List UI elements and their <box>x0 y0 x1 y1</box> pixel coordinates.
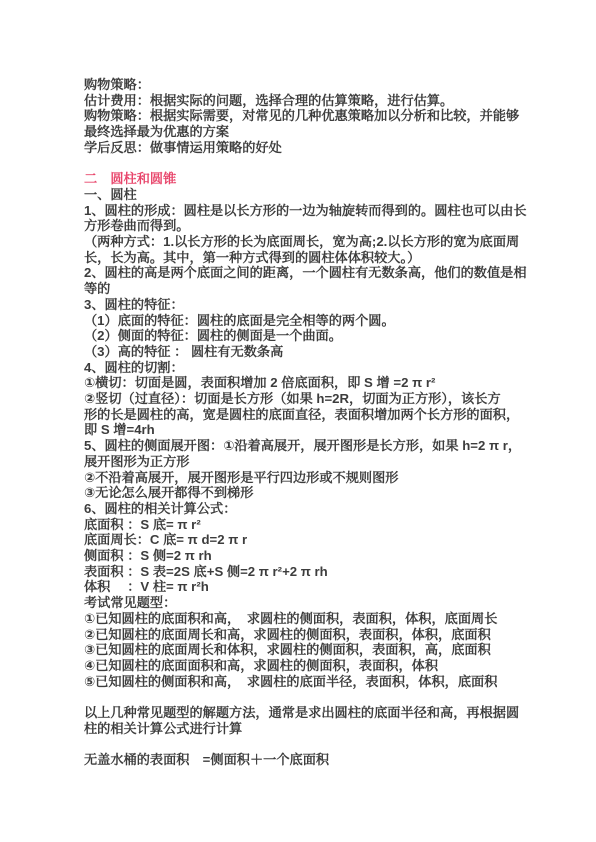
text-line: ①已知圆柱的底面积和高， 求圆柱的侧面积，表面积，体积，底面周长 <box>84 611 554 627</box>
text-line: 一、圆柱 <box>84 187 554 203</box>
text-line: 底面周长：C 底= π d=2 π r <box>84 532 554 548</box>
section-heading: 二 圆柱和圆锥 <box>84 171 554 187</box>
text-line: 1、圆柱的形成：圆柱是以长方形的一边为轴旋转而得到的。圆柱也可以由长 <box>84 203 554 219</box>
text-line: 3、圆柱的特征： <box>84 297 554 313</box>
text-line: ②已知圆柱的底面周长和高，求圆柱的侧面积，表面积，体积，底面积 <box>84 627 554 643</box>
text-line: 4、圆柱的切割： <box>84 360 554 376</box>
text-line: ③无论怎么展开都得不到梯形 <box>84 485 554 501</box>
text-line: 表面积 ：S 表=2S 底+S 侧=2 π r²+2 π rh <box>84 564 554 580</box>
text-line: 学后反思：做事情运用策略的好处 <box>84 140 554 156</box>
text-line: 考试常见题型： <box>84 595 554 611</box>
text-line: 2、圆柱的高是两个底面之间的距离，一个圆柱有无数条高，他们的数值是相 <box>84 265 554 281</box>
text-line: 即 S 增=4rh <box>84 422 554 438</box>
text-line: ⑤已知圆柱的侧面积和高， 求圆柱的底面半径，表面积，体积，底面积 <box>84 674 554 690</box>
text-line <box>84 689 554 705</box>
text-line: （2）侧面的特征：圆柱的侧面是一个曲面。 <box>84 328 554 344</box>
text-line <box>84 156 554 172</box>
text-line: ②不沿着高展开，展开图形是平行四边形或不规则图形 <box>84 470 554 486</box>
text-line: ③已知圆柱的底面周长和体积，求圆柱的侧面积，表面积，高，底面积 <box>84 642 554 658</box>
text-line: （两种方式：1.以长方形的长为底面周长，宽为高;2.以长方形的宽为底面周 <box>84 234 554 250</box>
text-line: 等的 <box>84 281 554 297</box>
text-line: 无盖水桶的表面积 =侧面积＋一个底面积 <box>84 752 554 768</box>
text-line: 体积 ：V 柱= π r²h <box>84 579 554 595</box>
text-line: 购物策略：根据实际需要，对常见的几种优惠策略加以分析和比较，并能够 <box>84 108 554 124</box>
text-line: （1）底面的特征：圆柱的底面是完全相等的两个圆。 <box>84 313 554 329</box>
text-line: 方形卷曲而得到。 <box>84 218 554 234</box>
text-line: 形的长是圆柱的高，宽是圆柱的底面直径，表面积增加两个长方形的面积， <box>84 407 554 423</box>
text-line: ①横切：切面是圆，表面积增加 2 倍底面积，即 S 增 =2 π r² <box>84 375 554 391</box>
text-line: 购物策略： <box>84 77 554 93</box>
text-line: 底面积 ：S 底= π r² <box>84 517 554 533</box>
document-body: 购物策略：估计费用：根据实际的问题，选择合理的估算策略，进行估算。购物策略：根据… <box>84 77 554 768</box>
text-line: （3）高的特征 ： 圆柱有无数条高 <box>84 344 554 360</box>
text-line <box>84 737 554 753</box>
text-line: 侧面积 ：S 侧=2 π rh <box>84 548 554 564</box>
text-line: 展开图形为正方形 <box>84 454 554 470</box>
text-line: 长，长为高。其中，第一种方式得到的圆柱体体积较大。） <box>84 250 554 266</box>
text-line: 以上几种常见题型的解题方法，通常是求出圆柱的底面半径和高，再根据圆 <box>84 705 554 721</box>
document-page: 购物策略：估计费用：根据实际的问题，选择合理的估算策略，进行估算。购物策略：根据… <box>0 0 596 842</box>
text-line: 6、圆柱的相关计算公式： <box>84 501 554 517</box>
text-line: ②竖切（过直径）：切面是长方形（如果 h=2R，切面为正方形），该长方 <box>84 391 554 407</box>
text-line: 5、圆柱的侧面展开图：①沿着高展开，展开图形是长方形，如果 h=2 π r， <box>84 438 554 454</box>
text-line: 估计费用：根据实际的问题，选择合理的估算策略，进行估算。 <box>84 93 554 109</box>
text-line: ④已知圆柱的底面面积和高，求圆柱的侧面积，表面积，体积 <box>84 658 554 674</box>
text-line: 最终选择最为优惠的方案 <box>84 124 554 140</box>
text-line: 柱的相关计算公式进行计算 <box>84 721 554 737</box>
